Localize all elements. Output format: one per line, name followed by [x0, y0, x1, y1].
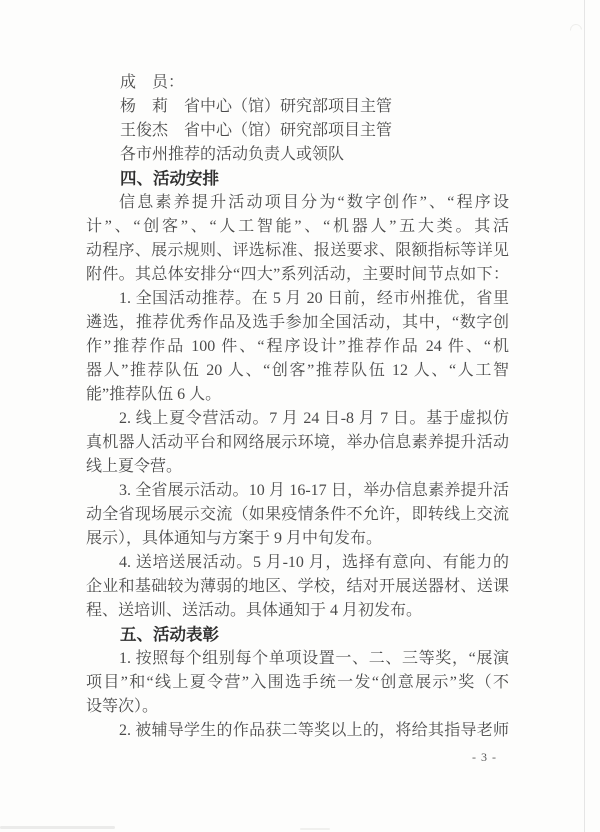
- province-show-line: 展示），具体通知与方案于 9 月中旬发布。: [86, 527, 509, 551]
- intro-line: 附件。其总体安排分“四大”系列活动，主要时间节点如下：: [86, 263, 509, 287]
- summer-camp-line: 真机器人活动平台和网络展示环境，举办信息素养提升活动: [86, 431, 509, 455]
- delivery-line: 程、送培训、送活动。具体通知于 4 月初发布。: [86, 599, 509, 623]
- scan-smudge-artifact: [300, 828, 330, 830]
- teachers-award-line: 2. 被辅导学生的作品获二等奖以上的，将给其指导老师: [86, 719, 509, 743]
- province-show-line: 3. 全省展示活动。10 月 16-17 日，举办信息素养提升活: [86, 479, 509, 503]
- document-body: 成 员： 杨 莉 省中心（馆）研究部项目主管 王俊杰 省中心（馆）研究部项目主管…: [86, 71, 509, 743]
- heading-activity-arrangement: 四、活动安排: [86, 167, 509, 191]
- intro-line: 动程序、展示规则、评选标准、报送要求、限额指标等详见: [86, 239, 509, 263]
- delivery-line: 4. 送培送展活动。5 月-10 月，选择有意向、有能力的: [86, 551, 509, 575]
- national-recommend-line: 1. 全国活动推荐。在 5 月 20 日前，经市州推优，省里: [86, 287, 509, 311]
- scan-smudge-artifact: [0, 826, 115, 829]
- scan-edge-artifact: [584, 0, 585, 832]
- summer-camp-line: 2. 线上夏令营活动。7 月 24 日-8 月 7 日。基于虚拟仿: [86, 407, 509, 431]
- scan-mark-artifact: [568, 22, 585, 39]
- awards-line: 项目”和“线上夏令营”入围选手统一发“创意展示”奖（不: [86, 671, 509, 695]
- national-recommend-line: 遴选，推荐优秀作品及选手参加全国活动，其中，“数字创: [86, 311, 509, 335]
- member-yang-li: 杨 莉 省中心（馆）研究部项目主管: [86, 95, 509, 119]
- national-recommend-line: 作”推荐作品 100 件、“程序设计”推荐作品 24 件、“机: [86, 335, 509, 359]
- awards-line: 设等次）。: [86, 695, 509, 719]
- members-label: 成 员：: [86, 71, 509, 95]
- member-city-leaders: 各市州推荐的活动负责人或领队: [86, 143, 509, 167]
- province-show-line: 动全省现场展示交流（如果疫情条件不允许，即转线上交流: [86, 503, 509, 527]
- document-page: 成 员： 杨 莉 省中心（馆）研究部项目主管 王俊杰 省中心（馆）研究部项目主管…: [0, 0, 600, 832]
- awards-line: 1. 按照每个组别每个单项设置一、二、三等奖，“展演: [86, 647, 509, 671]
- intro-line: 信息素养提升活动项目分为“数字创作”、“程序设: [86, 191, 509, 215]
- member-wang-junjie: 王俊杰 省中心（馆）研究部项目主管: [86, 119, 509, 143]
- intro-line: 计”、“创客”、“人工智能”、“机器人”五大类。其活: [86, 215, 509, 239]
- delivery-line: 企业和基础较为薄弱的地区、学校，结对开展送器材、送课: [86, 575, 509, 599]
- summer-camp-line: 线上夏令营。: [86, 455, 509, 479]
- heading-activity-commendation: 五、活动表彰: [86, 623, 509, 647]
- national-recommend-line: 器人”推荐队伍 20 人、“创客”推荐队伍 12 人、“人工智: [86, 359, 509, 383]
- page-number: - 3 -: [472, 750, 497, 765]
- national-recommend-line: 能”推荐队伍 6 人。: [86, 383, 509, 407]
